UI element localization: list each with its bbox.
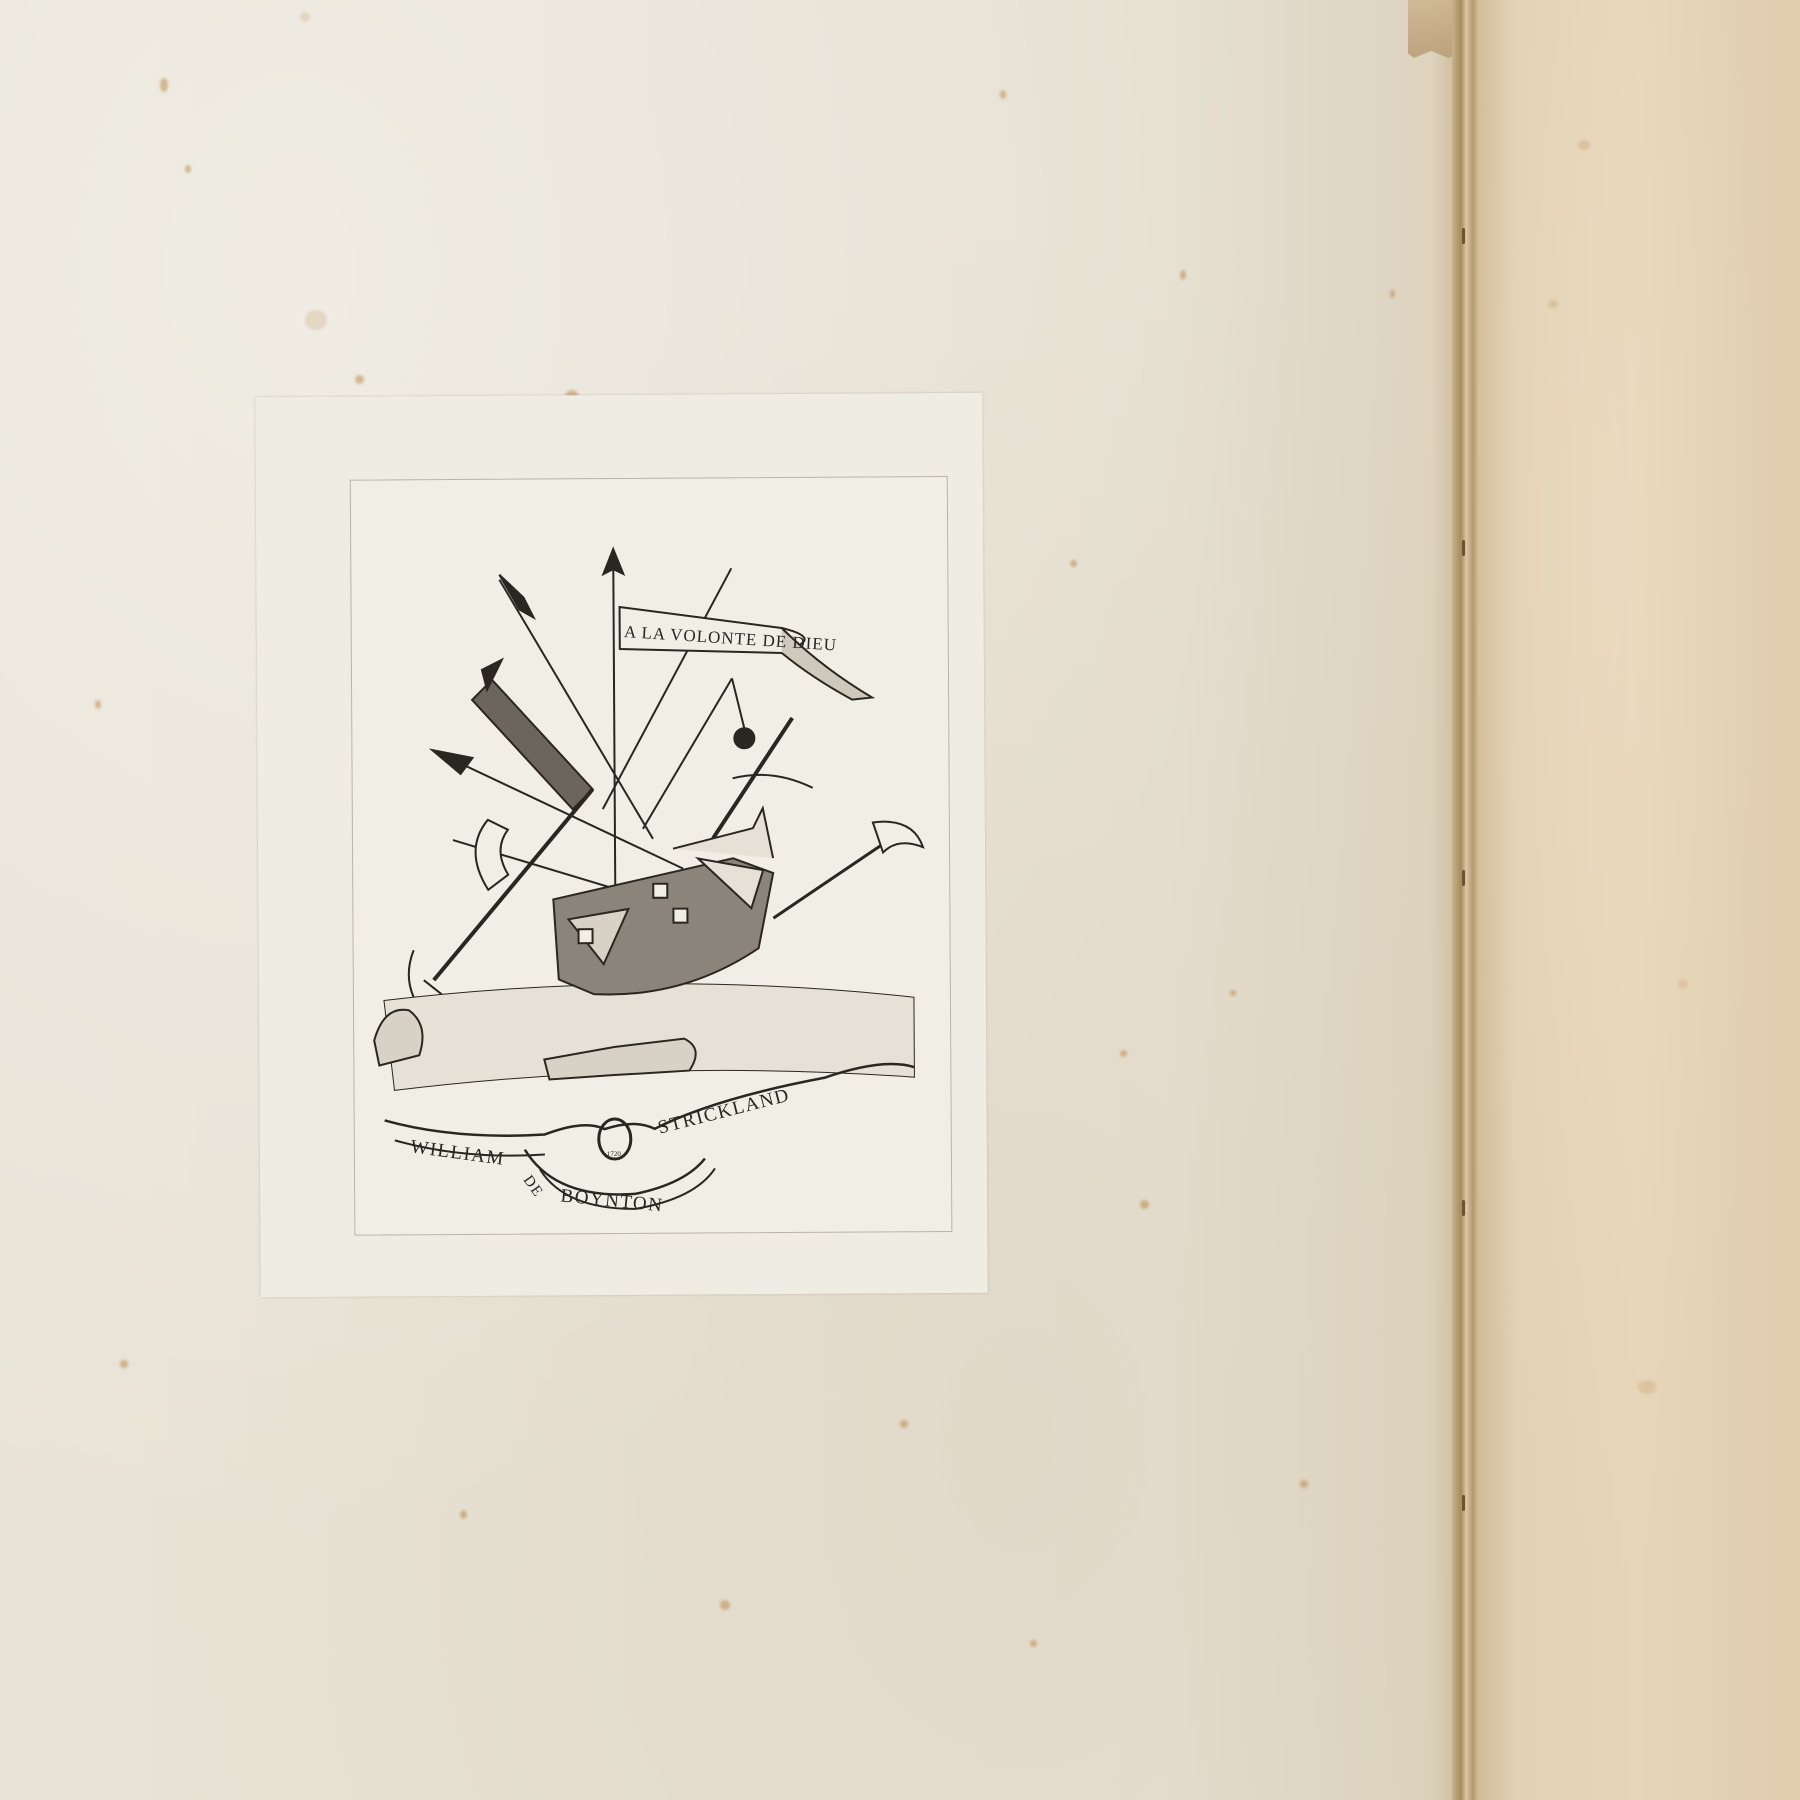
foxing-spot xyxy=(1638,1380,1656,1394)
binding-thread xyxy=(1462,1200,1465,1216)
foxing-spot xyxy=(185,165,191,173)
foxing-spot xyxy=(1548,300,1558,308)
binding-thread xyxy=(1462,870,1465,886)
binding-thread xyxy=(1462,1495,1465,1511)
foxing-spot xyxy=(355,375,364,384)
foxing-spot xyxy=(900,1420,908,1428)
right-flyleaf-page xyxy=(1478,0,1800,1800)
foxing-spot xyxy=(1070,560,1077,567)
binding-thread xyxy=(1462,540,1465,556)
book-gutter xyxy=(1452,0,1478,1800)
foxing-spot xyxy=(1180,270,1186,280)
flail-icon xyxy=(642,678,733,829)
foxing-spot xyxy=(160,78,168,92)
helmet-icon xyxy=(374,1010,423,1066)
quiver-icon xyxy=(472,679,593,810)
foxing-spot xyxy=(1120,1050,1127,1057)
foxing-spot xyxy=(1678,980,1688,988)
foxing-spot xyxy=(305,310,327,330)
foxing-spot xyxy=(1578,140,1590,150)
armorial-engraving: A LA VOLONTE DE DIEU WILLIAM DE BOYNTON … xyxy=(351,477,952,1235)
scimitar-icon xyxy=(773,837,893,918)
foxing-spot xyxy=(1230,990,1236,996)
foxing-spot xyxy=(1140,1200,1149,1209)
ring-date: 1720 xyxy=(607,1150,622,1158)
foxing-spot xyxy=(1030,1640,1037,1647)
owner-surname: STRICKLAND xyxy=(656,1085,792,1139)
bookplate: A LA VOLONTE DE DIEU WILLIAM DE BOYNTON … xyxy=(255,393,987,1297)
foxing-spot xyxy=(95,700,101,709)
plate-mark: A LA VOLONTE DE DIEU WILLIAM DE BOYNTON … xyxy=(350,476,953,1236)
foxing-spot xyxy=(1300,1480,1308,1488)
foxing-spot xyxy=(120,1360,128,1368)
spear-icon xyxy=(613,559,615,919)
foxing-spot xyxy=(1390,290,1395,298)
binding-thread xyxy=(1462,228,1465,244)
foxing-spot xyxy=(300,12,310,22)
foxing-spot xyxy=(1000,90,1006,99)
owner-connector: DE xyxy=(520,1173,546,1201)
foxing-spot xyxy=(720,1600,730,1610)
foxing-spot xyxy=(460,1510,467,1519)
owner-first-name: WILLIAM xyxy=(409,1136,506,1169)
